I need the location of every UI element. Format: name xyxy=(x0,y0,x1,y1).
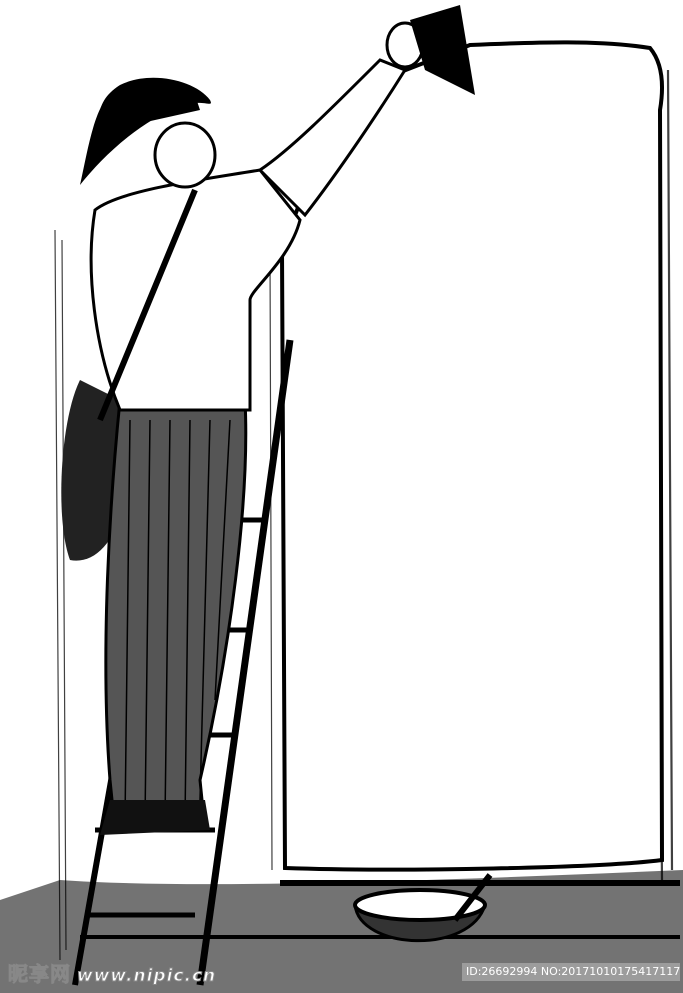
engraving-illustration xyxy=(0,0,683,993)
watermark-id: ID:26692994 NO:20171010175417117000 xyxy=(462,963,680,981)
illustration-canvas: 昵享网www.nipic.cn ID:26692994 NO:201710101… xyxy=(0,0,683,993)
watermark-site-name: 昵享网 xyxy=(8,962,71,986)
watermark-site-url: www.nipic.cn xyxy=(77,966,216,986)
watermark-site: 昵享网www.nipic.cn xyxy=(8,958,216,987)
